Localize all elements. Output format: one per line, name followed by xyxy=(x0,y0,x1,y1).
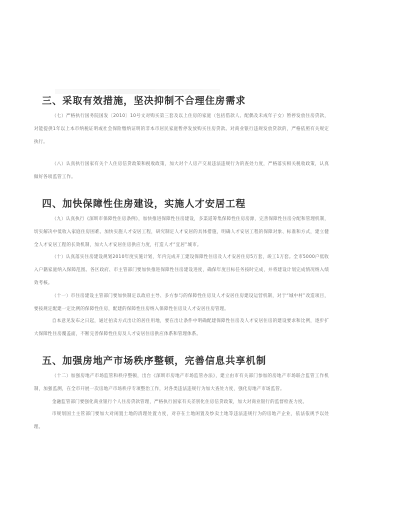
paragraph: （七）严格执行国务院国发〔2010〕10号文对购买第三套及以上住房的家庭（包括借… xyxy=(34,111,329,149)
paragraph: （八）认真执行国家有关个人住房信贷政策和税收政策，加大对个人房产交易违法违规行为… xyxy=(34,159,329,185)
paragraph: （九）认真执行《深圳市保障性住房条例》，加快推进保障性住房建设，多渠道筹集保障性… xyxy=(34,214,329,252)
section-heading: 五、加强房地产市场秩序整顿，完善信息共享机制 xyxy=(42,356,329,368)
paragraph: （十一）市住房建设主管部门要加快制定以政府主导、多方参与的保障性住房及人才安居住… xyxy=(34,291,329,317)
section-heading: 三、采取有效措施，坚决抑制不合理住房需求 xyxy=(42,96,329,108)
document-page: 三、采取有效措施，坚决抑制不合理住房需求 （七）严格执行国务院国发〔2010〕1… xyxy=(34,96,329,435)
paragraph: （十二）加强房地产市场监管和秩序整顿，出台《深圳市房地产市场监管办法》，建立由市… xyxy=(34,371,329,397)
section-4: 四、加快保障性住房建设，实施人才安居工程 （九）认真执行《深圳市保障性住房条例》… xyxy=(34,199,329,342)
paragraph: 市规划国土主管部门要加大对闲置土地的清理处置力度，对存在土地闲置及炒卖土地等违法… xyxy=(34,409,329,435)
faint-scan-line xyxy=(55,89,220,94)
paragraph: 金融监管部门要强化商业银行个人住房贷款管理，严格执行国家有关差别化住房信贷政策，… xyxy=(34,397,329,410)
section-3: 三、采取有效措施，坚决抑制不合理住房需求 （七）严格执行国务院国发〔2010〕1… xyxy=(34,96,329,185)
section-heading: 四、加快保障性住房建设，实施人才安居工程 xyxy=(42,199,329,211)
paragraph: 自本意见发布之日起，通过拍卖方式出让的居住用地，要在出让条件中明确配建保障性住房… xyxy=(34,316,329,342)
section-5: 五、加强房地产市场秩序整顿，完善信息共享机制 （十二）加强房地产市场监管和秩序整… xyxy=(34,356,329,435)
paragraph: （十）认真落实住房建设规划2010年度实施计划，年内完成开工建设保障性住房及人才… xyxy=(34,252,329,290)
